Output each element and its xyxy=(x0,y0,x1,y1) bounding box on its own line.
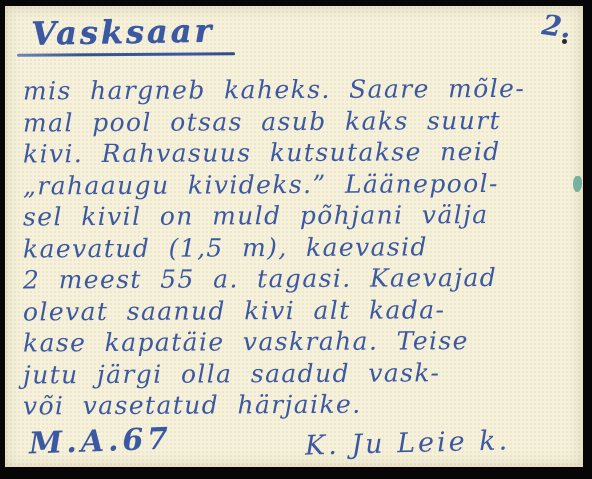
handwritten-line: olevat saanud kivi alt kada- xyxy=(23,293,575,327)
handwritten-line: jutu järgi olla saadud vask- xyxy=(23,356,575,390)
page-number: 2. xyxy=(540,8,574,45)
ink-smudge xyxy=(573,176,582,192)
handwritten-line: kivi. Rahvasuus kutsutakse neid xyxy=(23,136,575,170)
handwritten-line: kaevatud (1,5 m), kaevasid xyxy=(23,230,575,264)
card-title: Vasksaar xyxy=(31,11,215,52)
handwritten-line: 2 meest 55 a. tagasi. Kaevajad xyxy=(23,262,575,296)
title-underline xyxy=(17,52,235,57)
handwritten-line: sel kivil on muld põhjani välja xyxy=(23,199,575,233)
handwritten-line: mis hargneb kaheks. Saare mõle- xyxy=(23,73,575,107)
handwritten-line: kase kapatäie vaskraha. Teise xyxy=(23,325,575,359)
ink-speck xyxy=(562,39,567,44)
handwritten-line: mal pool otsas asub kaks suurt xyxy=(23,104,575,138)
archive-card: Vasksaar 2. mis hargneb kaheks. Saare mõ… xyxy=(5,6,583,467)
collector-name-signature: K. Ju Leie k. xyxy=(305,425,511,461)
handwritten-line: „rahaaugu kivideks.” Läänepool- xyxy=(23,167,575,201)
handwritten-line: või vasetatud härjaike. xyxy=(23,388,575,422)
handwritten-body: mis hargneb kaheks. Saare mõle- mal pool… xyxy=(23,74,575,421)
collector-code-signature: M.A.67 xyxy=(28,422,172,462)
